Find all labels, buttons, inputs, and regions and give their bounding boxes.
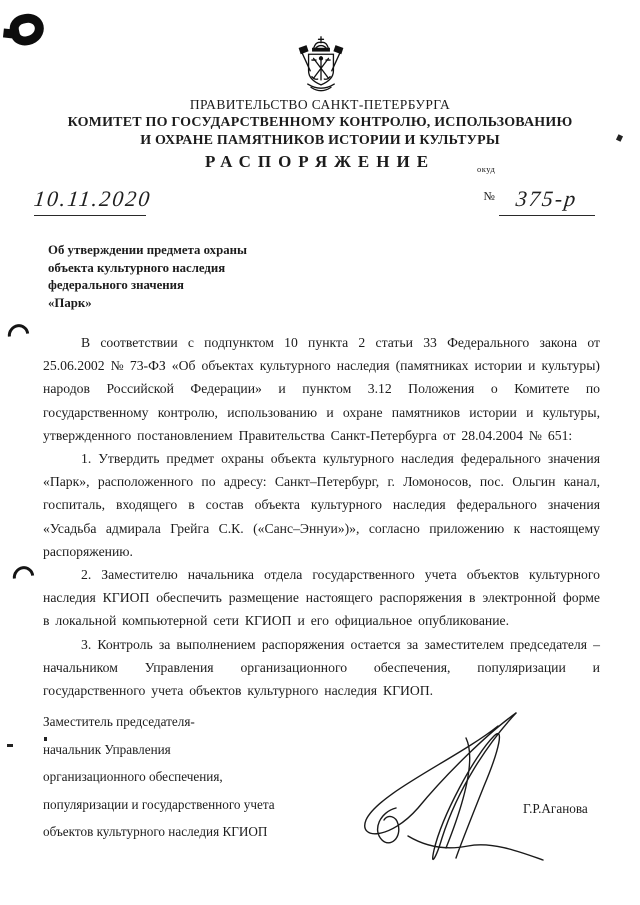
okud-label: окуд xyxy=(477,164,495,174)
signature-position-line: объектов культурного наследия КГИОП xyxy=(43,818,275,846)
subject-line: федерального значения xyxy=(48,277,247,295)
subject-line: объекта культурного наследия xyxy=(48,260,247,278)
scanned-document-page: ПРАВИТЕЛЬСТВО САНКТ-ПЕТЕРБУРГА КОМИТЕТ П… xyxy=(0,0,640,905)
document-subject: Об утверждении предмета охраны объекта к… xyxy=(48,242,247,312)
signature-position-line: начальник Управления xyxy=(43,736,275,764)
signer-name: Г.Р.Аганова xyxy=(523,801,588,817)
signature-position-line: популяризации и государственного учета xyxy=(43,791,275,819)
handwritten-number: 375-р xyxy=(515,186,579,212)
committee-title-line2: И ОХРАНЕ ПАМЯТНИКОВ ИСТОРИИ И КУЛЬТУРЫ xyxy=(0,133,640,149)
date-field: 10.11.2020 xyxy=(34,186,146,216)
government-title: ПРАВИТЕЛЬСТВО САНКТ-ПЕТЕРБУРГА xyxy=(0,97,640,113)
document-body: В соответствии с подпунктом 10 пункта 2 … xyxy=(43,331,600,702)
body-paragraph-2: 2. Заместителю начальника отдела государ… xyxy=(43,563,600,633)
number-field: №375-р xyxy=(484,186,595,216)
handwritten-date: 10.11.2020 xyxy=(33,186,153,212)
body-paragraph-3: 3. Контроль за выполнением распоряжения … xyxy=(43,633,600,703)
scan-artifact-speck xyxy=(7,744,13,747)
saint-petersburg-coat-of-arms-icon xyxy=(296,36,346,94)
signature-position-line: организационного обеспечения, xyxy=(43,763,275,791)
committee-title-line1: КОМИТЕТ ПО ГОСУДАРСТВЕННОМУ КОНТРОЛЮ, ИС… xyxy=(0,115,640,131)
signature-position-block: Заместитель председателя- начальник Упра… xyxy=(43,708,275,846)
scan-artifact-blob xyxy=(7,11,47,48)
scan-artifact-crescent xyxy=(3,320,33,350)
number-sign: № xyxy=(484,189,495,203)
subject-line: «Парк» xyxy=(48,295,247,313)
document-type-title: РАСПОРЯЖЕНИЕ xyxy=(0,152,640,172)
handwritten-signature-icon xyxy=(338,708,553,873)
scan-artifact-crescent xyxy=(8,562,38,592)
body-paragraph-intro: В соответствии с подпунктом 10 пункта 2 … xyxy=(43,331,600,447)
signature-position-line: Заместитель председателя- xyxy=(43,708,275,736)
body-paragraph-1: 1. Утвердить предмет охраны объекта куль… xyxy=(43,447,600,563)
subject-line: Об утверждении предмета охраны xyxy=(48,242,247,260)
